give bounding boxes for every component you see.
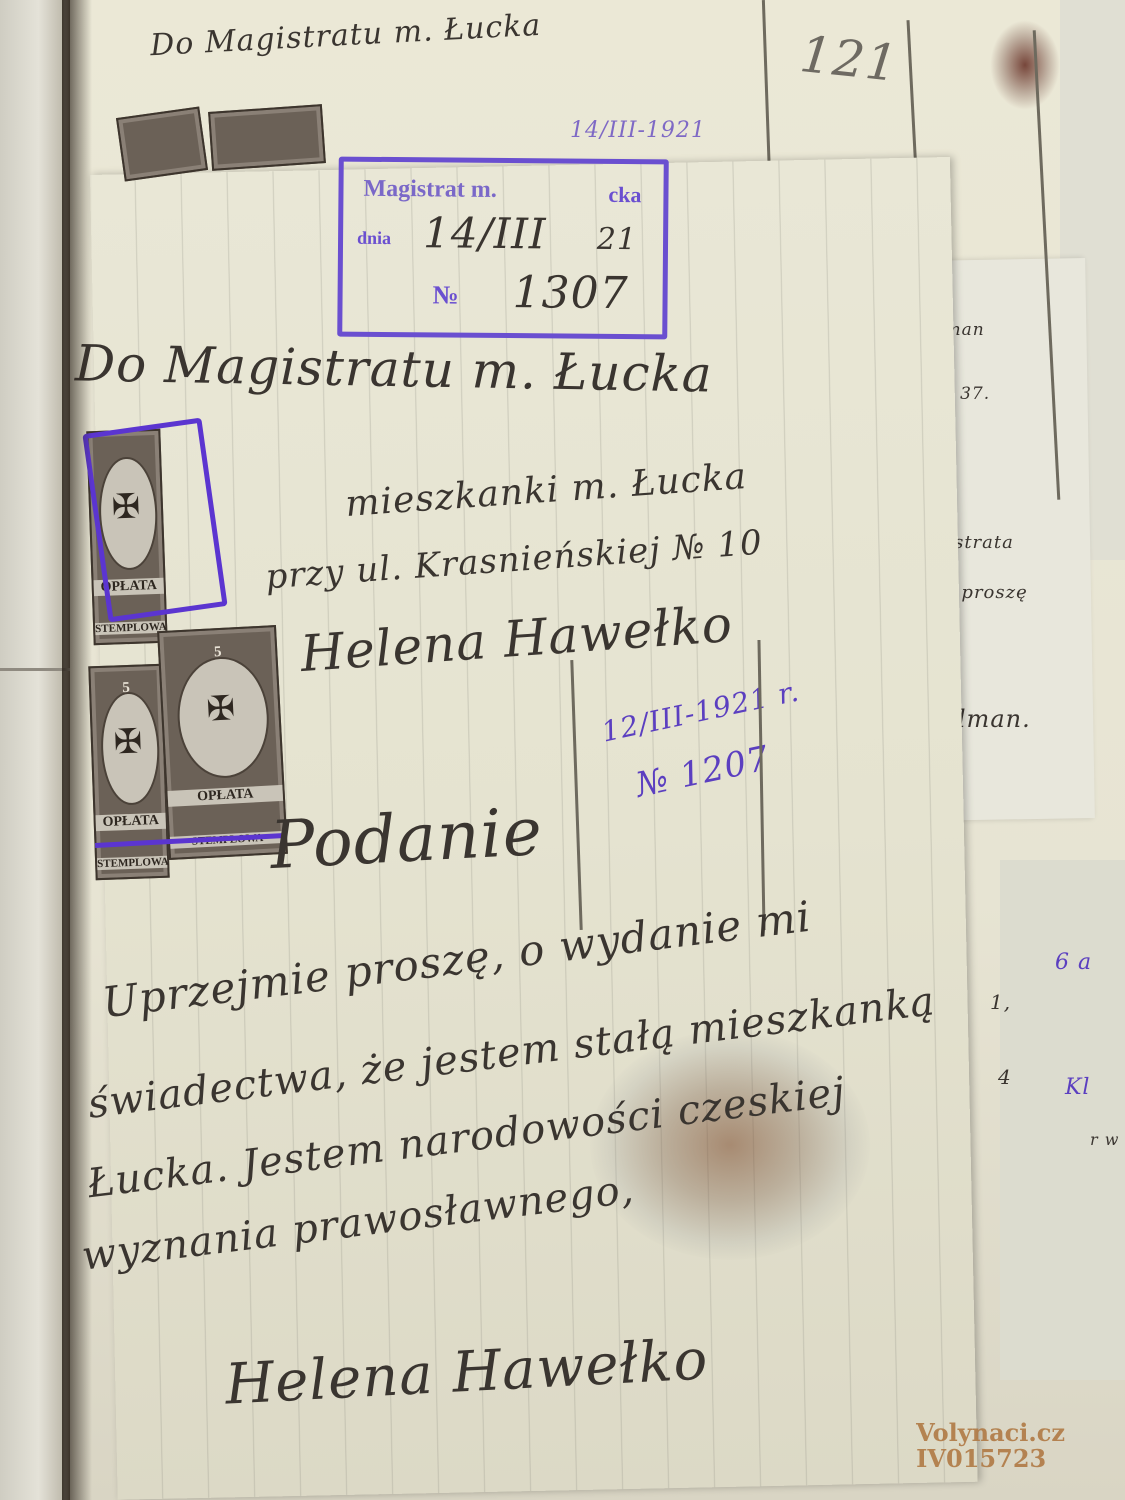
petition-title: Podanie — [268, 793, 544, 884]
binding-shadow — [62, 0, 92, 1500]
ink-stain-top — [990, 20, 1060, 110]
stamp-number: 1307 — [512, 267, 628, 319]
revenue-stamp-partial — [208, 104, 326, 171]
watermark: Volynaci.cz IV015723 — [916, 1420, 1065, 1472]
registry-stamp: Magistrat m. cka dnia 14/III 21 № 1307 — [337, 157, 669, 340]
stamp-title: Magistrat m. — [363, 176, 497, 204]
revenue-stamp: ✠ 5 OPŁATA STEMPLOWA — [88, 664, 169, 880]
revenue-stamp-partial — [116, 106, 208, 181]
fragment-text: 1, — [990, 990, 1011, 1014]
stamp-date-label: dnia — [357, 228, 391, 249]
fragment-text: 6 a — [1055, 950, 1092, 975]
rust-stain — [590, 1030, 870, 1260]
page-number-121: 121 — [797, 25, 901, 93]
fragment-text: 4 — [998, 1065, 1012, 1089]
fragment-text: r w — [1090, 1130, 1119, 1149]
book-left-page — [0, 0, 70, 1500]
page-fold — [0, 668, 70, 671]
underlying-lower-right-sheet — [1000, 860, 1125, 1380]
stamp-city: cka — [608, 182, 641, 208]
eagle-emblem-icon: ✠ — [92, 720, 163, 762]
watermark-site: Volynaci.cz — [916, 1420, 1065, 1446]
pencil-check-date: 14/III-1921 — [570, 118, 706, 143]
stamp-year: 21 — [597, 222, 637, 257]
addressee: Do Magistratu m. Łucka — [75, 334, 714, 403]
watermark-id: IV015723 — [916, 1446, 1065, 1472]
eagle-emblem-icon: ✠ — [162, 686, 279, 732]
stamp-number-label: № — [432, 280, 458, 310]
stamp-date: 14/III — [423, 208, 547, 258]
fragment-text: Kl — [1065, 1075, 1090, 1100]
